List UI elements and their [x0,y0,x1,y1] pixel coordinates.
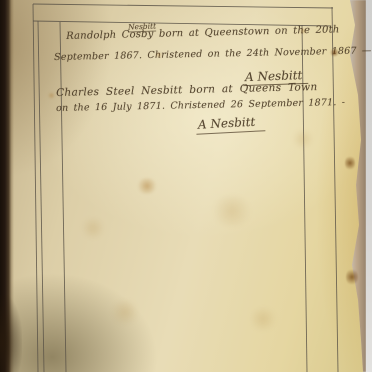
stain [48,92,55,99]
right-outer-border-line [332,7,338,372]
stain [248,308,278,330]
left-outer-margin-line [33,4,38,372]
text-column-left-line [60,22,66,372]
stain [210,196,254,226]
stain [136,178,158,194]
stain [156,52,162,58]
stain [80,218,106,238]
stain [110,300,140,324]
stain [300,28,306,34]
stain [330,48,339,57]
photo-of-register-page: Nesbitt Randolph Cosby born at Queenstow… [0,0,372,372]
left-inner-margin-line [38,21,44,372]
stain [346,268,358,286]
entry-2-signature: A Nesbitt [196,114,266,135]
binding-shadow [0,295,22,372]
stain [345,155,355,171]
top-border-line [33,4,333,8]
stain [292,130,314,148]
